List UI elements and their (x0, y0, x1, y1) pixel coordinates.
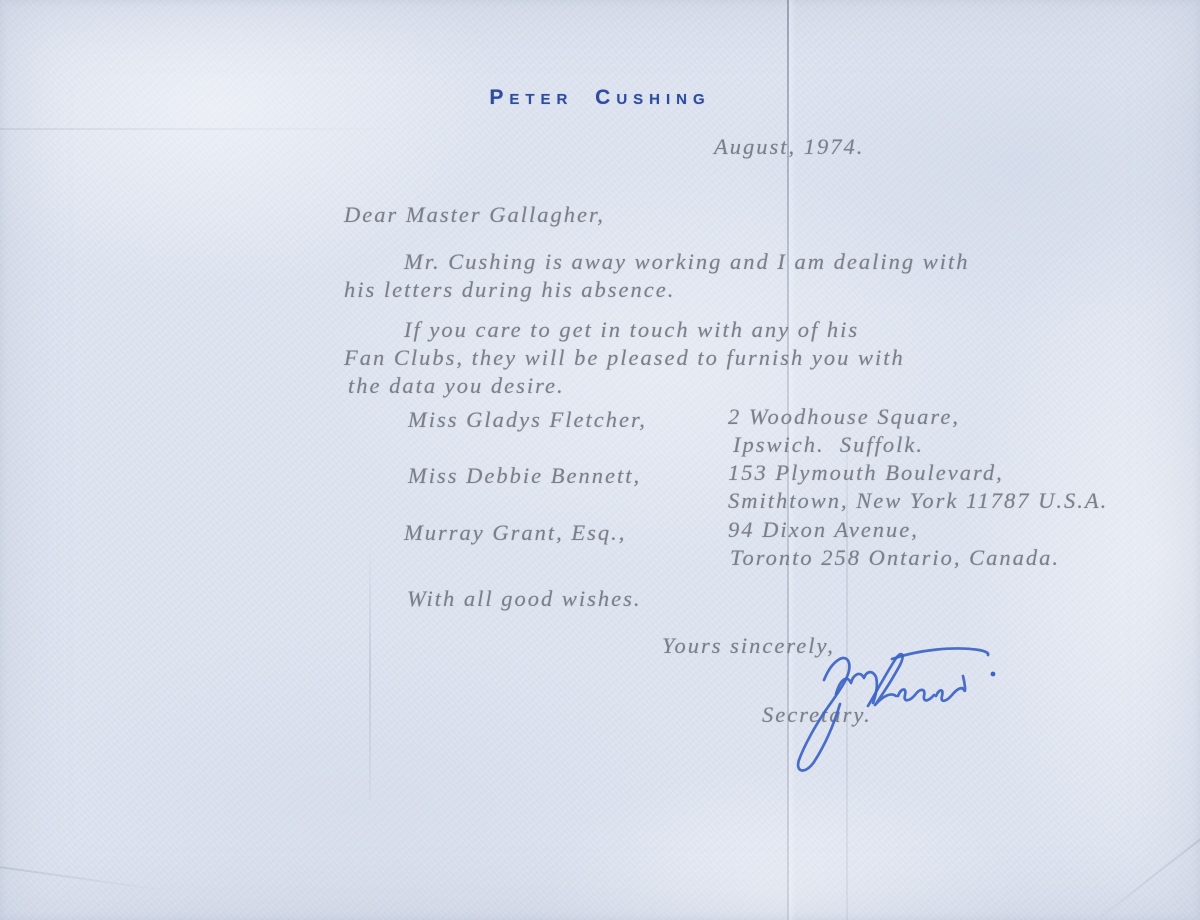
letter-page: Peter Cushing August, 1974. Dear Master … (0, 0, 1200, 920)
paragraph-2-line-2: Fan Clubs, they will be pleased to furni… (344, 345, 905, 371)
corner-crease-bottom-left (0, 862, 169, 892)
contact-3-address-line-1: 94 Dixon Avenue, (728, 517, 919, 543)
contact-2-address-line-2: Smithtown, New York 11787 U.S.A. (728, 488, 1108, 514)
signature-stroke-ri (936, 676, 965, 701)
contact-1-address-line-1: 2 Woodhouse Square, (728, 404, 960, 430)
horizontal-crease (0, 128, 420, 130)
letterhead: Peter Cushing (0, 86, 1200, 110)
closing-wish: With all good wishes. (407, 586, 642, 612)
contact-3-address-line-2: Toronto 258 Ontario, Canada. (730, 545, 1060, 571)
contact-1-address-line-2: Ipswich. Suffolk. (733, 432, 924, 458)
signature-ink (778, 632, 1010, 782)
corner-crease-bottom-right (1100, 800, 1200, 919)
contact-1-name: Miss Gladys Fletcher, (408, 407, 647, 433)
contact-2-address-line-1: 153 Plymouth Boulevard, (728, 460, 1004, 486)
paragraph-1-line-2: his letters during his absence. (344, 277, 675, 303)
signature-ink-dot (991, 672, 996, 677)
paragraph-2-line-3: the data you desire. (348, 373, 565, 399)
signature-stroke-crossbar (892, 648, 988, 659)
date-line: August, 1974. (714, 134, 864, 160)
paragraph-2-line-1: If you care to get in touch with any of … (404, 317, 859, 343)
contact-3-name: Murray Grant, Esq., (404, 520, 626, 546)
signature-stroke-ute (898, 689, 934, 700)
signature-stroke-j (798, 658, 849, 770)
paragraph-1-line-1: Mr. Cushing is away working and I am dea… (404, 249, 970, 275)
signature-stroke-b (868, 654, 903, 706)
contact-2-name: Miss Debbie Bennett, (408, 463, 641, 489)
vertical-crease-short (369, 540, 371, 800)
salutation: Dear Master Gallagher, (344, 202, 605, 228)
letterhead-name: Peter Cushing (489, 86, 710, 109)
